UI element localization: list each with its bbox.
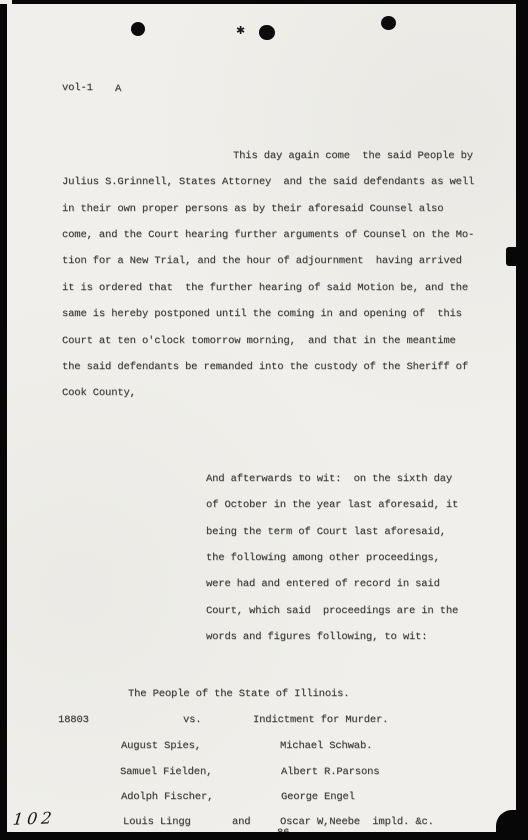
asterisk-mark: ✱ <box>236 24 245 37</box>
defendant-name: Adolph Fischer, <box>121 791 213 803</box>
document-line: it is ordered that the further hearing o… <box>62 282 468 294</box>
vs-label: vs. <box>183 714 201 726</box>
document-line: Court at ten o'clock tomorrow morning, a… <box>62 335 456 347</box>
scan-border-top <box>12 0 528 4</box>
scan-border-left <box>0 4 7 840</box>
defendant-name: George Engel <box>281 791 355 803</box>
document-line: This day again come the said People by <box>233 150 473 162</box>
defendant-name: Oscar W,Neebe impld. &c. <box>280 816 434 828</box>
scan-edge-blob <box>506 247 518 266</box>
defendant-name: Louis Lingg <box>123 816 191 828</box>
document-line: come, and the Court hearing further argu… <box>62 229 474 241</box>
document-line: the following among other proceedings, <box>206 552 440 564</box>
document-line: tion for a New Trial, and the hour of ad… <box>62 255 462 267</box>
volume-letter: A <box>115 83 121 95</box>
scan-border-right <box>516 0 528 840</box>
conjunction-label: and <box>232 816 250 828</box>
document-line: the said defendants be remanded into the… <box>62 361 468 373</box>
defendant-name: Albert R.Parsons <box>281 766 379 778</box>
document-line: Julius S.Grinnell, States Attorney and t… <box>62 176 474 188</box>
ink-dot-center <box>259 25 275 40</box>
case-title: The People of the State of Illinois. <box>128 688 349 700</box>
document-line: words and figures following, to wit: <box>206 631 427 643</box>
defendant-name: Michael Schwab. <box>280 740 372 752</box>
scan-corner-bottom-right <box>496 810 522 836</box>
document-line: Cook County, <box>62 387 136 399</box>
document-line: being the term of Court last aforesaid, <box>206 526 446 538</box>
scan-border-bottom <box>0 832 528 840</box>
ink-dot-left <box>131 22 145 36</box>
document-line: Court, which said proceedings are in the <box>206 605 458 617</box>
case-number: 18803 <box>58 714 89 726</box>
document-line: were had and entered of record in said <box>206 578 440 590</box>
document-line: of October in the year last aforesaid, i… <box>206 499 458 511</box>
document-line: same is hereby postponed until the comin… <box>62 308 462 320</box>
volume-label: vol-1 <box>62 82 93 94</box>
ink-dot-right <box>381 16 396 30</box>
handwritten-folio-number: 102 <box>12 808 57 829</box>
scanned-court-record-page: ✱ vol-1 A This day again come the said P… <box>0 0 528 840</box>
charge-label: Indictment for Murder. <box>253 714 388 726</box>
document-line: And afterwards to wit: on the sixth day <box>206 473 452 485</box>
defendant-name: Samuel Fielden, <box>120 766 212 778</box>
defendant-name: August Spies, <box>121 740 201 752</box>
document-line: in their own proper persons as by their … <box>62 203 443 215</box>
